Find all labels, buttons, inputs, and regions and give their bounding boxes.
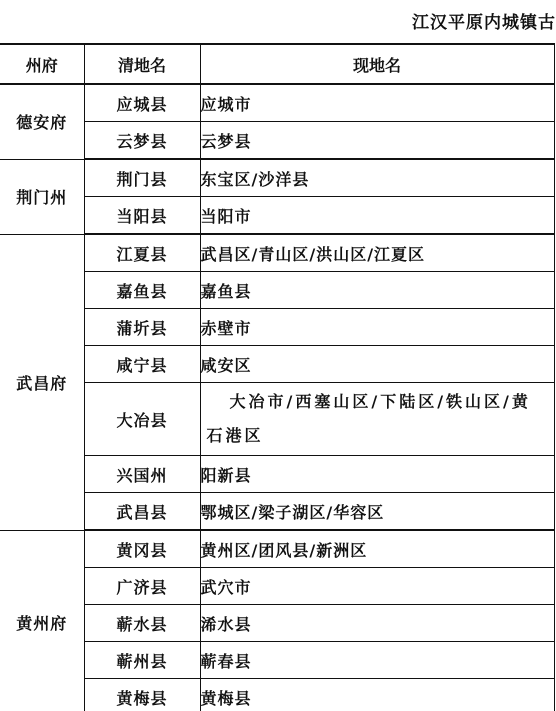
modern-name-cell: 黄梅县 bbox=[200, 679, 554, 711]
qing-name-cell: 蕲州县 bbox=[84, 642, 200, 679]
prefecture-cell: 武昌府 bbox=[0, 234, 84, 530]
table-row: 蒲圻县 赤壁市 bbox=[0, 309, 554, 346]
table-row: 咸宁县 咸安区 bbox=[0, 346, 554, 383]
qing-name-cell: 黄梅县 bbox=[84, 679, 200, 711]
qing-name-cell: 大冶县 bbox=[84, 383, 200, 456]
qing-name-cell: 咸宁县 bbox=[84, 346, 200, 383]
header-row: 州府 清地名 现地名 bbox=[0, 44, 554, 84]
qing-name-cell: 江夏县 bbox=[84, 234, 200, 272]
modern-name-cell: 咸安区 bbox=[200, 346, 554, 383]
qing-name-cell: 武昌县 bbox=[84, 493, 200, 531]
modern-name-cell: 当阳市 bbox=[200, 197, 554, 235]
modern-name-cell: 鄂城区/梁子湖区/华容区 bbox=[200, 493, 554, 531]
table-row: 黄梅县 黄梅县 bbox=[0, 679, 554, 711]
modern-name-cell: 蕲春县 bbox=[200, 642, 554, 679]
header-modern-name: 现地名 bbox=[200, 44, 554, 84]
qing-name-cell: 应城县 bbox=[84, 84, 200, 122]
table-row: 云梦县 云梦县 bbox=[0, 122, 554, 160]
prefecture-cell: 黄州府 bbox=[0, 530, 84, 711]
table-row: 武昌府 江夏县 武昌区/青山区/洪山区/江夏区 bbox=[0, 234, 554, 272]
table-row: 武昌县 鄂城区/梁子湖区/华容区 bbox=[0, 493, 554, 531]
qing-name-cell: 嘉鱼县 bbox=[84, 272, 200, 309]
qing-name-cell: 荆门县 bbox=[84, 159, 200, 197]
modern-name-cell: 应城市 bbox=[200, 84, 554, 122]
qing-name-cell: 蕲水县 bbox=[84, 605, 200, 642]
qing-name-cell: 黄冈县 bbox=[84, 530, 200, 568]
modern-name-cell: 东宝区/沙洋县 bbox=[200, 159, 554, 197]
table-row: 嘉鱼县 嘉鱼县 bbox=[0, 272, 554, 309]
table-row: 黄州府 黄冈县 黄州区/团风县/新洲区 bbox=[0, 530, 554, 568]
table-row: 兴国州 阳新县 bbox=[0, 456, 554, 493]
qing-name-cell: 云梦县 bbox=[84, 122, 200, 160]
table-row: 德安府 应城县 应城市 bbox=[0, 84, 554, 122]
table-row: 当阳县 当阳市 bbox=[0, 197, 554, 235]
qing-name-cell: 蒲圻县 bbox=[84, 309, 200, 346]
qing-name-cell: 兴国州 bbox=[84, 456, 200, 493]
modern-name-cell: 阳新县 bbox=[200, 456, 554, 493]
modern-name-cell: 武穴市 bbox=[200, 568, 554, 605]
table-row: 荆门州 荆门县 东宝区/沙洋县 bbox=[0, 159, 554, 197]
table-row: 广济县 武穴市 bbox=[0, 568, 554, 605]
modern-name-cell: 嘉鱼县 bbox=[200, 272, 554, 309]
header-prefecture: 州府 bbox=[0, 44, 84, 84]
modern-name-cell: 浠水县 bbox=[200, 605, 554, 642]
modern-name-cell: 大冶市/西塞山区/下陆区/铁山区/黄石港区 bbox=[200, 383, 554, 456]
modern-name-cell: 云梦县 bbox=[200, 122, 554, 160]
table-row: 大冶县 大冶市/西塞山区/下陆区/铁山区/黄石港区 bbox=[0, 383, 554, 456]
prefecture-cell: 荆门州 bbox=[0, 159, 84, 234]
header-qing-name: 清地名 bbox=[84, 44, 200, 84]
qing-name-cell: 广济县 bbox=[84, 568, 200, 605]
modern-name-cell: 黄州区/团风县/新洲区 bbox=[200, 530, 554, 568]
prefecture-cell: 德安府 bbox=[0, 84, 84, 159]
modern-name-cell: 武昌区/青山区/洪山区/江夏区 bbox=[200, 234, 554, 272]
table-title: 江汉平原内城镇古 bbox=[412, 8, 556, 33]
modern-name-cell: 赤壁市 bbox=[200, 309, 554, 346]
place-name-table: 州府 清地名 现地名 德安府 应城县 应城市 云梦县 云梦县 荆门州 荆门县 东… bbox=[0, 43, 555, 711]
qing-name-cell: 当阳县 bbox=[84, 197, 200, 235]
table-row: 蕲州县 蕲春县 bbox=[0, 642, 554, 679]
table-row: 蕲水县 浠水县 bbox=[0, 605, 554, 642]
